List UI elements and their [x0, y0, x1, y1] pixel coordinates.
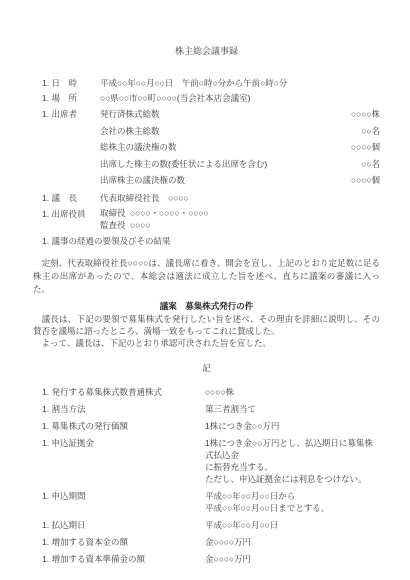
document-page: 株主総会議事録 1. 日 時 平成○○年○○月○○日 午前○時○分から午前○時○… — [0, 0, 410, 580]
term-value: 平成○○年○○月○○日から 平成○○年○○月○○日までとする。 — [205, 490, 380, 514]
attendee-item-value: ○○○○個 — [351, 139, 380, 156]
meta-row-place: 1. 場 所 ○○県○○市○○町○○○○(当会社本店会議室) — [33, 91, 380, 106]
officer-role: 取締役 — [100, 207, 130, 220]
attendees-section: 1. 出席者 発行済株式総数 ○○○○株 会社の株主総数 ○○名 総株主の議決権… — [33, 106, 380, 189]
term-label: 1. 申込期間 — [42, 490, 205, 514]
officers-section: 1. 出席役員 取締役 ○○○○・○○○○・○○○○ 監査役 ○○○○ — [33, 207, 380, 232]
chairman-row: 1. 議 長 代表取締役社長 ○○○○ — [33, 191, 380, 206]
term-value: 金○○○○万円 — [205, 553, 380, 565]
term-value-line: 1株につき金○○万円 — [205, 420, 380, 432]
attendee-item-name: 出席した株主の数(委任状による出席を含む) — [100, 156, 267, 173]
term-label: 1. 増加する資本準備金の額 — [42, 553, 205, 565]
term-value-line: 金○○○○万円 — [205, 553, 380, 565]
chairman-value: 代表取締役社長 ○○○○ — [100, 191, 380, 206]
term-value-line: 平成○○年○○月○○日 — [205, 519, 380, 531]
term-label: 1. 発行する募集株式数普通株式 — [42, 386, 205, 398]
term-label: 1. 割当方法 — [42, 403, 205, 415]
meta-value: ○○県○○市○○町○○○○(当会社本店会議室) — [100, 91, 380, 106]
term-row: 1. 増加する資本金の額 金○○○○万円 — [42, 536, 380, 548]
attendee-item-value: ○○○○個 — [351, 172, 380, 189]
agenda-paragraph-1: 議長は、下記の要領で募集株式を発行したい旨を述べ、その理由を詳細に説明し、その賛… — [33, 313, 380, 337]
term-value: 1株につき金○○万円 — [205, 420, 380, 432]
attendee-item-name: 発行済株式総数 — [100, 106, 160, 123]
attendee-item-name: 総株主の議決権の数 — [100, 139, 177, 156]
agenda-heading: 議案 募集株式発行の件 — [33, 300, 380, 313]
opening-paragraph: 定刻、代表取締役社長○○○○は、議長席に着き、開会を宣し、上記のとおり定足数に足… — [33, 257, 380, 296]
term-value: 第三者割当て — [205, 403, 380, 415]
term-row: 1. 発行する募集株式数普通株式 ○○○○株 — [42, 386, 380, 398]
term-row: 1. 申込期間 平成○○年○○月○○日から 平成○○年○○月○○日までとする。 — [42, 490, 380, 514]
term-value-line: ただし、申込証拠金には利息をつけない。 — [205, 473, 380, 485]
table-row: 出席株主の議決権の数 ○○○○個 — [100, 172, 380, 189]
term-row: 1. 申込証拠金 1株につき金○○万円とし、払込期日に募集株式払込金 に振替充当… — [42, 437, 380, 485]
meta-value: 平成○○年○○月○○日 午前○時○分から午前○時○分 — [100, 76, 380, 91]
record-marker: 記 — [33, 362, 380, 375]
term-value-line: 平成○○年○○月○○日から — [205, 490, 380, 502]
document-title: 株主総会議事録 — [33, 44, 380, 57]
term-label: 1. 申込証拠金 — [42, 437, 205, 485]
officer-row: 取締役 ○○○○・○○○○・○○○○ — [100, 207, 380, 220]
term-label: 1. 募集株式の発行価額 — [42, 420, 205, 432]
term-value-line: 金○○○○万円 — [205, 536, 380, 548]
agenda-paragraph-2: よって、議長は、下記のとおり承認可決された旨を宣した。 — [33, 337, 380, 349]
officers-rows: 取締役 ○○○○・○○○○・○○○○ 監査役 ○○○○ — [100, 207, 380, 232]
proceedings-label: 1. 議事の経過の要領及びその結果 — [42, 234, 380, 249]
attendee-item-value: ○○名 — [361, 156, 380, 173]
term-label: 1. 払込期日 — [42, 519, 205, 531]
attendee-item-name: 出席株主の議決権の数 — [100, 172, 185, 189]
officer-row: 監査役 ○○○○ — [100, 219, 380, 232]
term-value-line: に振替充当する。 — [205, 461, 380, 473]
term-value-line: 平成○○年○○月○○日までとする。 — [205, 502, 380, 514]
meta-label: 1. 日 時 — [42, 76, 100, 91]
attendee-item-value: ○○○○株 — [351, 106, 380, 123]
officer-names: ○○○○・○○○○・○○○○ — [130, 207, 209, 220]
term-row: 1. 増加する資本準備金の額 金○○○○万円 — [42, 553, 380, 565]
table-row: 発行済株式総数 ○○○○株 — [100, 106, 380, 123]
officer-role: 監査役 — [100, 219, 130, 232]
table-row: 出席した株主の数(委任状による出席を含む) ○○名 — [100, 156, 380, 173]
attendees-table: 発行済株式総数 ○○○○株 会社の株主総数 ○○名 総株主の議決権の数 ○○○○… — [100, 106, 380, 189]
term-value-line: 第三者割当て — [205, 403, 380, 415]
table-row: 総株主の議決権の数 ○○○○個 — [100, 139, 380, 156]
term-value-line: ○○○○株 — [205, 386, 380, 398]
term-value-line: 1株につき金○○万円とし、払込期日に募集株式払込金 — [205, 437, 380, 461]
table-row: 会社の株主総数 ○○名 — [100, 123, 380, 140]
meta-label: 1. 場 所 — [42, 91, 100, 106]
term-row: 1. 募集株式の発行価額 1株につき金○○万円 — [42, 420, 380, 432]
attendees-label: 1. 出席者 — [42, 106, 100, 189]
term-value: 金○○○○万円 — [205, 536, 380, 548]
attendee-item-name: 会社の株主総数 — [100, 123, 160, 140]
officer-names: ○○○○ — [130, 219, 151, 232]
chairman-label: 1. 議 長 — [42, 191, 100, 206]
term-row: 1. 割当方法 第三者割当て — [42, 403, 380, 415]
term-value: 平成○○年○○月○○日 — [205, 519, 380, 531]
term-value: 1株につき金○○万円とし、払込期日に募集株式払込金 に振替充当する。 ただし、申… — [205, 437, 380, 485]
term-value: ○○○○株 — [205, 386, 380, 398]
attendee-item-value: ○○名 — [361, 123, 380, 140]
term-row: 1. 払込期日 平成○○年○○月○○日 — [42, 519, 380, 531]
meta-row-datetime: 1. 日 時 平成○○年○○月○○日 午前○時○分から午前○時○分 — [33, 76, 380, 91]
term-label: 1. 増加する資本金の額 — [42, 536, 205, 548]
officers-label: 1. 出席役員 — [42, 207, 100, 232]
